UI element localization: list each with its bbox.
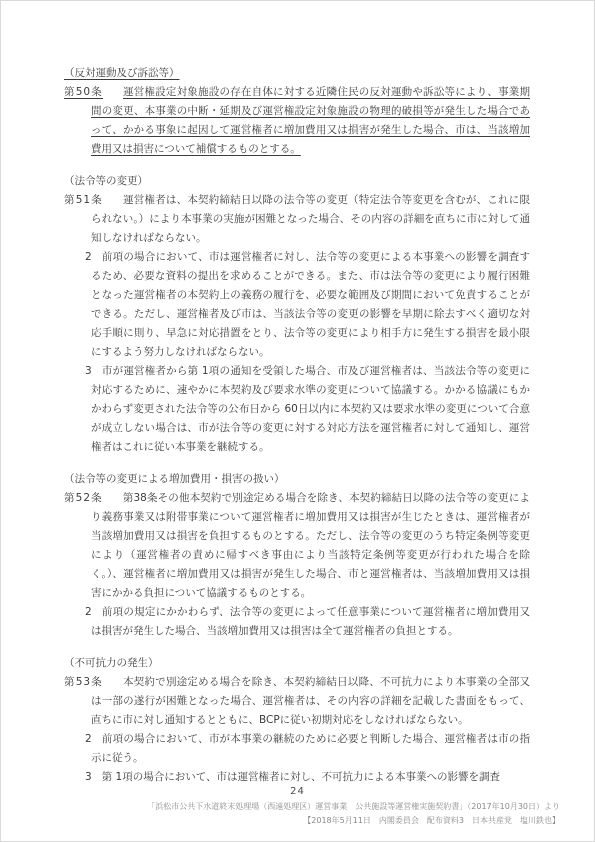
section-heading-text: （法令等の変更） — [64, 175, 148, 187]
article-item-paragraph: 2前項の規定にかかわらず、法令等の変更によって任意事業について運営権者に増加費用… — [64, 603, 530, 641]
item-text: 前項の規定にかかわらず、法令等の変更によって任意事業について運営権者に増加費用又… — [91, 606, 530, 637]
article-paragraph: 第50条運営権設定対象施設の存在自体に対する近隣住民の反対運動や訴訟等により、事… — [64, 83, 530, 159]
article-text: 運営権設定対象施設の存在自体に対する近隣住民の反対運動や訴訟等により、事業期間の… — [91, 86, 530, 155]
article-text: 運営権者は、本契約締結日以降の法令等の変更（特定法令等変更を含むが、これに限られ… — [91, 194, 530, 244]
article-paragraph: 第53条本契約で別途定める場合を除き、本契約締結日以降、不可抗力により本事業の全… — [64, 673, 530, 730]
article-number: 第51条 — [64, 194, 103, 206]
article-item-paragraph: 2前項の場合において、市は運営権者に対し、法令等の変更による本事業への影響を調査… — [64, 248, 530, 362]
contract-section: （反対運動及び訴訟等）第50条運営権設定対象施設の存在自体に対する近隣住民の反対… — [64, 64, 530, 159]
article-paragraph: 第52条第38条その他本契約で別途定める場合を除き、本契約締結日以降の法令等の変… — [64, 489, 530, 603]
section-heading: （法令等の変更による増加費用・損害の扱い） — [64, 470, 530, 489]
contract-section: （不可抗力の発生）第53条本契約で別途定める場合を除き、本契約締結日以降、不可抗… — [64, 654, 530, 787]
article-number: 第52条 — [64, 492, 103, 504]
article-paragraph: 第51条運営権者は、本契約締結日以降の法令等の変更（特定法令等変更を含むが、これ… — [64, 191, 530, 248]
section-heading-text: （不可抗力の発生） — [64, 657, 159, 669]
article-text: 第38条その他本契約で別途定める場合を除き、本契約締結日以降の法令等の変更により… — [91, 492, 530, 599]
article-number: 第50条 — [64, 86, 103, 98]
item-number: 2 — [85, 251, 92, 263]
item-text: 前項の場合において、市が本事業の継続のために必要と判断した場合、運営権者は市の指… — [91, 733, 530, 764]
section-heading: （不可抗力の発生） — [64, 654, 530, 673]
page-number: 24 — [1, 782, 594, 801]
item-number: 2 — [85, 606, 92, 618]
article-text: 本契約で別途定める場合を除き、本契約締結日以降、不可抗力により本事業の全部又は一… — [91, 676, 530, 726]
section-heading-text: （反対運動及び訴訟等） — [64, 67, 180, 79]
section-heading: （法令等の変更） — [64, 172, 530, 191]
footer-attribution-line: 【2018年5月11日 内閣委員会 配布資料3 日本共産党 塩川鉄也】 — [147, 814, 560, 828]
contract-body: （反対運動及び訴訟等）第50条運営権設定対象施設の存在自体に対する近隣住民の反対… — [64, 64, 530, 787]
contract-section: （法令等の変更）第51条運営権者は、本契約締結日以降の法令等の変更（特定法令等変… — [64, 172, 530, 457]
document-page: （反対運動及び訴訟等）第50条運営権設定対象施設の存在自体に対する近隣住民の反対… — [0, 0, 595, 842]
contract-section: （法令等の変更による増加費用・損害の扱い）第52条第38条その他本契約で別途定め… — [64, 470, 530, 641]
article-item-paragraph: 2前項の場合において、市が本事業の継続のために必要と判断した場合、運営権者は市の… — [64, 730, 530, 768]
item-text: 市が運営権者から第 1項の通知を受領した場合、市及び運営権者は、当該法令等の変更… — [91, 365, 530, 453]
article-number: 第53条 — [64, 676, 103, 688]
footer: 「浜松市公共下水道終末処理場（西遠処理区）運営事業 公共施設等運営権実施契約書」… — [147, 800, 560, 828]
article-item-paragraph: 3市が運営権者から第 1項の通知を受領した場合、市及び運営権者は、当該法令等の変… — [64, 362, 530, 457]
item-text: 前項の場合において、市は運営権者に対し、法令等の変更による本事業への影響を調査す… — [91, 251, 530, 358]
section-heading-text: （法令等の変更による増加費用・損害の扱い） — [64, 473, 285, 485]
footer-source-line: 「浜松市公共下水道終末処理場（西遠処理区）運営事業 公共施設等運営権実施契約書」… — [147, 800, 560, 814]
item-number: 3 — [85, 365, 92, 377]
section-heading: （反対運動及び訴訟等） — [64, 64, 530, 83]
item-number: 2 — [85, 733, 92, 745]
